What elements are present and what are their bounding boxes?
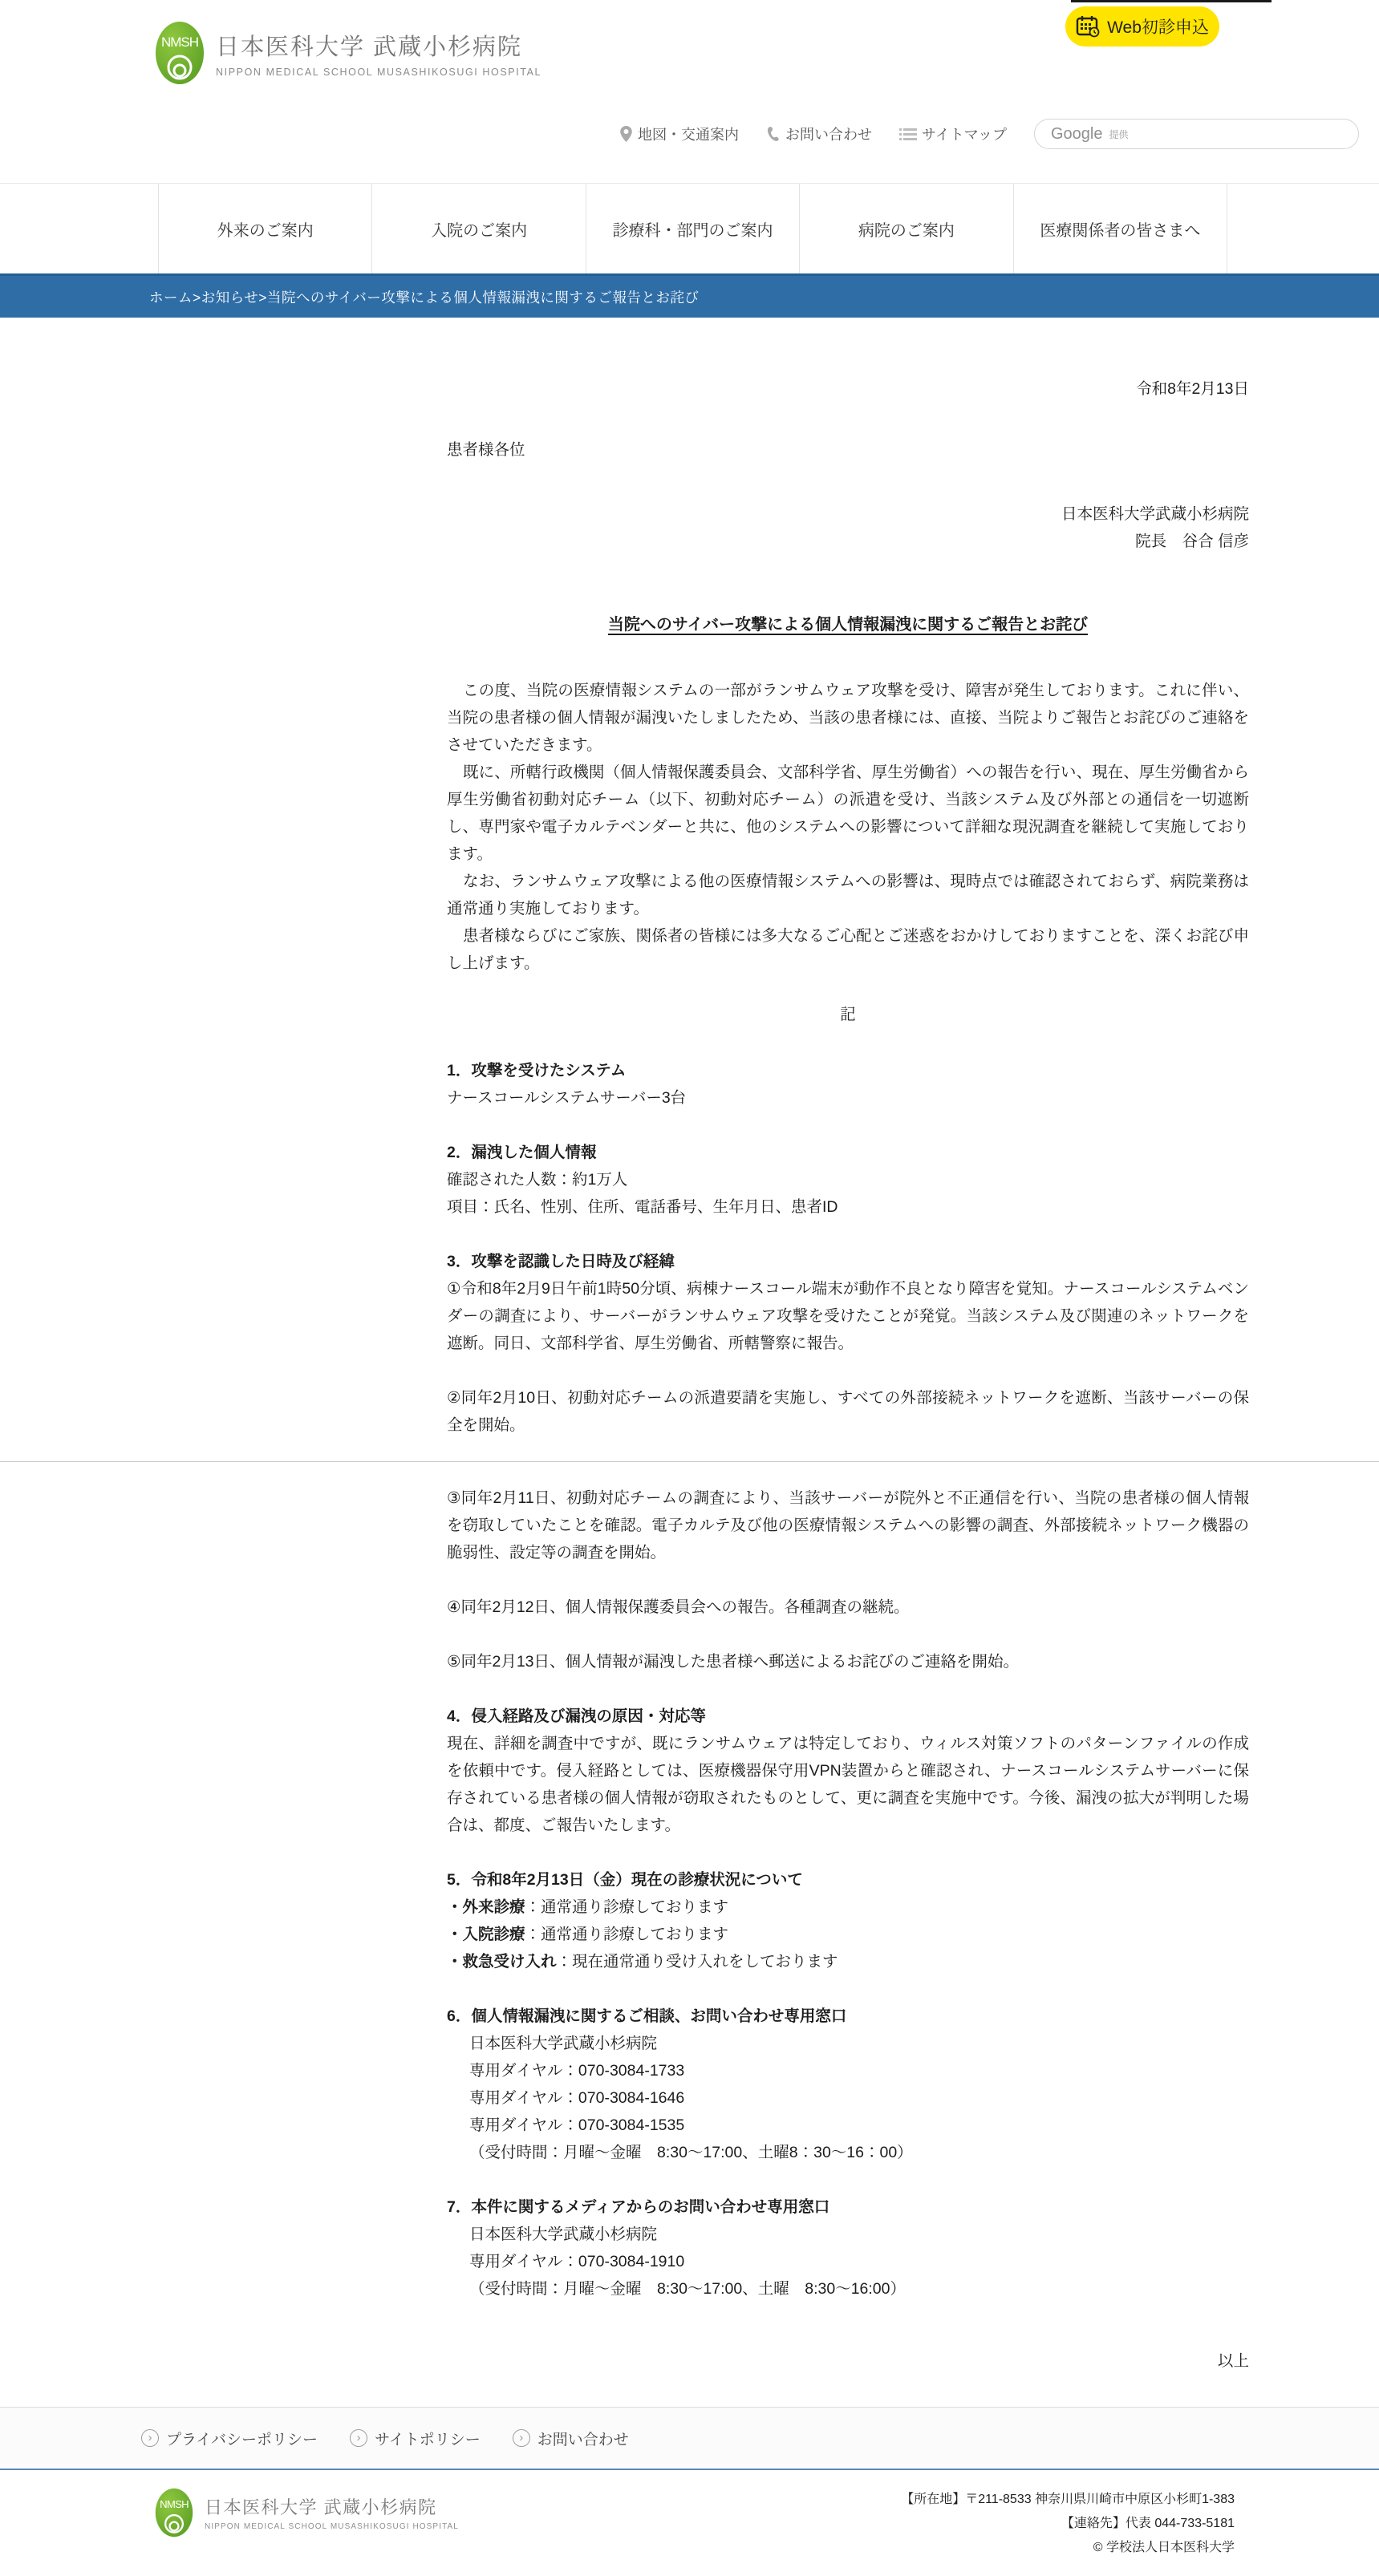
section3-event-4: ④同年2月12日、個人情報保護委員会への報告。各種調査の継続。 xyxy=(447,1594,1249,1621)
ki-marker: 記 xyxy=(447,1001,1249,1028)
utility-link-label: サイトマップ xyxy=(922,124,1007,144)
site-title: 日本医科大学 武蔵小杉病院 xyxy=(216,29,541,62)
site-footer: NMSH 日本医科大学 武蔵小杉病院 NIPPON MEDICAL SCHOOL… xyxy=(0,2469,1379,2576)
footer-contact: 【連絡先】代表 044-733-5181 xyxy=(901,2512,1235,2536)
media-contact-org: 日本医科大学武蔵小杉病院 xyxy=(447,2221,1249,2248)
footer-site-title: 日本医科大学 武蔵小杉病院 xyxy=(205,2494,459,2519)
paragraph-1: この度、当院の医療情報システムの一部がランサムウェア攻撃を受け、障害が発生してお… xyxy=(447,677,1249,759)
utility-link-label: 地図・交通案内 xyxy=(638,124,739,144)
status-outpatient: ・外来診療：通常通り診療しております xyxy=(447,1894,1249,1921)
paragraph-3: なお、ランサムウェア攻撃による他の医療情報システムへの影響は、現時点では確認され… xyxy=(447,868,1249,922)
utility-link-label: お問い合わせ xyxy=(785,124,872,144)
status-inpatient: ・入院診療：通常通り診療しております xyxy=(447,1921,1249,1948)
contact-hours: （受付時間：月曜～金曜 8:30～17:00、土曜8：30～16：00） xyxy=(447,2139,1249,2166)
document-closing: 以上 xyxy=(447,2347,1249,2375)
nav-tab-hospital-info[interactable]: 病院のご案内 xyxy=(799,184,1012,273)
hospital-logo-icon: NMSH xyxy=(155,21,205,85)
section5-heading: 5．令和8年2月13日（金）現在の診療状況について xyxy=(447,1866,1249,1894)
status-label: ・外来診療 xyxy=(447,1898,525,1916)
section4-body: 現在、詳細を調査中ですが、既にランサムウェアは特定しており、ウィルス対策ソフトの… xyxy=(447,1730,1249,1839)
page-break-divider xyxy=(0,1461,1379,1462)
search-provided-label: 提供 xyxy=(1109,128,1129,141)
section7-heading: 7．本件に関するメディアからのお問い合わせ専用窓口 xyxy=(447,2193,1249,2221)
phone-icon xyxy=(766,126,781,142)
web-first-visit-label: Web初診申込 xyxy=(1107,14,1209,38)
section6-heading: 6．個人情報漏洩に関するご相談、お問い合わせ専用窓口 xyxy=(447,2003,1249,2030)
footer-link-site-policy[interactable]: › サイトポリシー xyxy=(350,2428,481,2449)
section1-body: ナースコールシステムサーバー3台 xyxy=(447,1084,1249,1112)
nav-tab-departments[interactable]: 診療科・部門のご案内 xyxy=(586,184,799,273)
site-subtitle: NIPPON MEDICAL SCHOOL MUSASHIKOSUGI HOSP… xyxy=(216,67,541,78)
list-icon xyxy=(899,127,917,141)
footer-address: 【所在地】〒211-8533 神奈川県川崎市中原区小杉町1-383 xyxy=(901,2488,1235,2512)
contact-org: 日本医科大学武蔵小杉病院 xyxy=(447,2030,1249,2057)
footer-site-subtitle: NIPPON MEDICAL SCHOOL MUSASHIKOSUGI HOSP… xyxy=(205,2522,459,2531)
footer-link-label: お問い合わせ xyxy=(537,2428,629,2449)
chevron-circle-icon: › xyxy=(141,2429,159,2447)
svg-text:NMSH: NMSH xyxy=(161,34,198,50)
footer-link-label: プライバシーポリシー xyxy=(166,2428,318,2449)
web-first-visit-button[interactable]: Web初診申込 xyxy=(1065,6,1219,47)
status-label: ・救急受け入れ xyxy=(447,1953,557,1970)
site-header: NMSH 日本医科大学 武蔵小杉病院 NIPPON MEDICAL SCHOOL… xyxy=(0,0,1379,183)
document-addressee: 患者様各位 xyxy=(447,436,1249,464)
calendar-clock-icon xyxy=(1076,15,1100,38)
status-text: ：通常通り診療しております xyxy=(525,1898,729,1916)
nav-tab-medical-professionals[interactable]: 医療関係者の皆さまへ xyxy=(1013,184,1227,273)
footer-link-contact[interactable]: › お問い合わせ xyxy=(513,2428,629,2449)
section3-event-2: ②同年2月10日、初動対応チームの派遣要請を実施し、すべての外部接続ネットワーク… xyxy=(447,1384,1249,1439)
section3-event-5: ⑤同年2月13日、個人情報が漏洩した患者様へ郵送によるお詫びのご連絡を開始。 xyxy=(447,1648,1249,1675)
document-sender-person: 院長 谷合 信彦 xyxy=(447,528,1249,555)
map-pin-icon xyxy=(619,125,633,143)
main-nav: 外来のご案内 入院のご案内 診療科・部門のご案内 病院のご案内 医療関係者の皆さ… xyxy=(0,183,1379,273)
nav-tab-inpatient[interactable]: 入院のご案内 xyxy=(371,184,585,273)
footer-info: 【所在地】〒211-8533 神奈川県川崎市中原区小杉町1-383 【連絡先】代… xyxy=(901,2488,1235,2560)
breadcrumb[interactable]: ホーム>お知らせ>当院へのサイバー攻撃による個人情報漏洩に関するご報告とお詫び xyxy=(149,287,699,307)
footer-links-bar: › プライバシーポリシー › サイトポリシー › お問い合わせ xyxy=(0,2408,1379,2469)
paragraph-2: 既に、所轄行政機関（個人情報保護委員会、文部科学省、厚生労働省）への報告を行い、… xyxy=(447,759,1249,868)
breadcrumb-bar: ホーム>お知らせ>当院へのサイバー攻撃による個人情報漏洩に関するご報告とお詫び xyxy=(0,273,1379,318)
contact-phone: 専用ダイヤル：070-3084-1733 xyxy=(447,2057,1249,2084)
section2-heading: 2．漏洩した個人情報 xyxy=(447,1139,1249,1166)
google-logo: Google xyxy=(1051,125,1103,144)
chevron-circle-icon: › xyxy=(513,2429,530,2447)
utility-link-contact[interactable]: お問い合わせ xyxy=(766,124,872,144)
contact-phone: 専用ダイヤル：070-3084-1646 xyxy=(447,2084,1249,2112)
media-contact-phone: 専用ダイヤル：070-3084-1910 xyxy=(447,2248,1249,2275)
utility-link-access[interactable]: 地図・交通案内 xyxy=(619,124,739,144)
footer-link-privacy-policy[interactable]: › プライバシーポリシー xyxy=(141,2428,318,2449)
top-edge-divider xyxy=(1071,0,1272,2)
svg-text:NMSH: NMSH xyxy=(160,2498,189,2510)
document-date: 令和8年2月13日 xyxy=(447,375,1249,403)
notice-document: 令和8年2月13日 患者様各位 日本医科大学武蔵小杉病院 院長 谷合 信彦 当院… xyxy=(447,318,1249,2375)
hospital-logo-icon: NMSH xyxy=(155,2488,193,2538)
section3-event-3: ③同年2月11日、初動対応チームの調査により、当該サーバーが院外と不正通信を行い… xyxy=(447,1484,1249,1566)
footer-logo[interactable]: NMSH 日本医科大学 武蔵小杉病院 NIPPON MEDICAL SCHOOL… xyxy=(155,2488,459,2538)
status-emergency: ・救急受け入れ：現在通常通り受け入れをしております xyxy=(447,1948,1249,1975)
contact-phone: 専用ダイヤル：070-3084-1535 xyxy=(447,2112,1249,2139)
section4-heading: 4．侵入経路及び漏洩の原因・対応等 xyxy=(447,1703,1249,1730)
status-text: ：通常通り診療しております xyxy=(525,1926,729,1943)
utility-nav: 地図・交通案内 お問い合わせ サイトマップ Google 提供 xyxy=(619,119,1359,149)
section3-heading: 3．攻撃を認識した日時及び経緯 xyxy=(447,1248,1249,1275)
google-search-input[interactable]: Google 提供 xyxy=(1034,119,1359,149)
section1-heading: 1．攻撃を受けたシステム xyxy=(447,1057,1249,1084)
footer-link-label: サイトポリシー xyxy=(375,2428,481,2449)
media-contact-hours: （受付時間：月曜～金曜 8:30～17:00、土曜 8:30～16:00） xyxy=(447,2275,1249,2303)
section2-line: 項目：氏名、性別、住所、電話番号、生年月日、患者ID xyxy=(447,1193,1249,1221)
status-text: ：現在通常通り受け入れをしております xyxy=(557,1953,838,1970)
utility-link-sitemap[interactable]: サイトマップ xyxy=(899,124,1007,144)
section3-event-1: ①令和8年2月9日午前1時50分頃、病棟ナースコール端末が動作不良となり障害を覚… xyxy=(447,1275,1249,1357)
document-title: 当院へのサイバー攻撃による個人情報漏洩に関するご報告とお詫び xyxy=(447,611,1249,638)
footer-copyright: © 学校法人日本医科大学 xyxy=(901,2536,1235,2560)
paragraph-4: 患者様ならびにご家族、関係者の皆様には多大なるご心配とご迷惑をおかけしております… xyxy=(447,922,1249,977)
chevron-circle-icon: › xyxy=(350,2429,367,2447)
nav-tab-outpatient[interactable]: 外来のご案内 xyxy=(158,184,371,273)
section2-line: 確認された人数：約1万人 xyxy=(447,1166,1249,1193)
site-logo[interactable]: NMSH 日本医科大学 武蔵小杉病院 NIPPON MEDICAL SCHOOL… xyxy=(155,21,541,85)
document-sender-org: 日本医科大学武蔵小杉病院 xyxy=(447,500,1249,528)
status-label: ・入院診療 xyxy=(447,1926,525,1943)
